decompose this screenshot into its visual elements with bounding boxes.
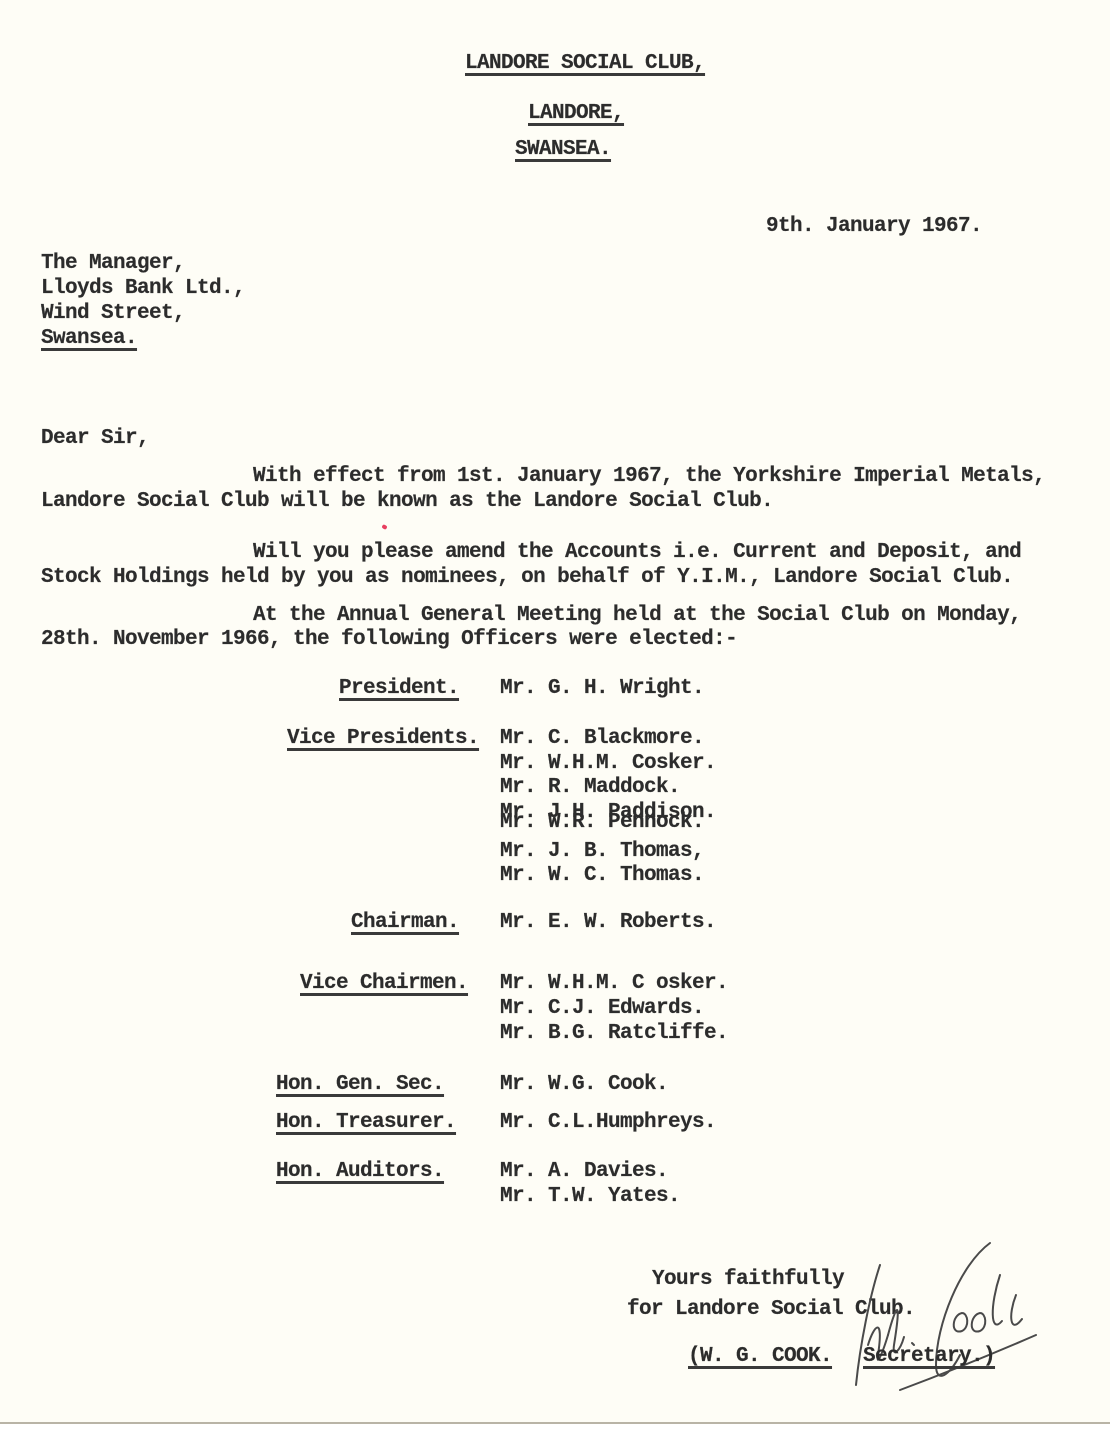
officer-name: Mr. W.G. Cook. — [500, 1073, 668, 1097]
officer-name: Mr. C.L.Humphreys. — [500, 1111, 716, 1135]
signatory-name: (W. G. COOK. — [688, 1345, 832, 1369]
officer-name: Mr. B.G. Ratcliffe. — [500, 1022, 728, 1046]
officer-name: Mr. C.J. Edwards. — [500, 997, 704, 1021]
recipient-line: Swansea. — [41, 327, 137, 351]
letter-date: 9th. January 1967. — [766, 215, 982, 239]
letterhead-town: SWANSEA. — [515, 138, 611, 162]
red-ink-mark — [381, 524, 387, 530]
closing-line: Yours faithfully — [652, 1268, 844, 1292]
letterhead-club-name: LANDORE SOCIAL CLUB, — [465, 52, 705, 76]
officer-name: Mr. J. B. Thomas, — [500, 840, 704, 864]
officer-role-auditors: Hon. Auditors. — [276, 1160, 444, 1184]
officer-name: Mr. C. Blackmore. — [500, 727, 704, 751]
officer-name: Mr. R. Maddock. — [500, 776, 680, 800]
recipient-line: Lloyds Bank Ltd., — [41, 277, 245, 301]
officer-role-treasurer: Hon. Treasurer. — [276, 1111, 456, 1135]
body-paragraph-1-line-2: Landore Social Club will be known as the… — [41, 490, 773, 514]
letterhead-locality: LANDORE, — [528, 102, 624, 126]
officer-name: Mr. W.H.M. C osker. — [500, 972, 728, 996]
officer-role-president: President. — [339, 677, 459, 701]
body-paragraph-2-line-1: Will you please amend the Accounts i.e. … — [253, 541, 1021, 565]
officer-name: Mr. W. C. Thomas. — [500, 864, 704, 888]
officer-name-overtyped: Mr. W.R. Pennock. — [500, 811, 704, 835]
body-paragraph-1-line-1: With effect from 1st. January 1967, the … — [253, 465, 1045, 489]
officer-name: Mr. E. W. Roberts. — [500, 911, 716, 935]
salutation: Dear Sir, — [41, 427, 149, 451]
officer-role-vice-presidents: Vice Presidents. — [287, 727, 479, 751]
officer-name: Mr. T.W. Yates. — [500, 1185, 680, 1209]
recipient-line: Wind Street, — [41, 302, 185, 326]
officer-name: Mr. W.H.M. Cosker. — [500, 752, 716, 776]
officer-role-gen-sec: Hon. Gen. Sec. — [276, 1073, 444, 1097]
letter-page: LANDORE SOCIAL CLUB, LANDORE, SWANSEA. 9… — [0, 0, 1110, 1424]
handwritten-signature — [840, 1235, 1040, 1415]
recipient-line: The Manager, — [41, 252, 185, 276]
officer-name: Mr. A. Davies. — [500, 1160, 668, 1184]
officer-role-chairman: Chairman. — [351, 911, 459, 935]
signatory-title: Secretary.) — [863, 1345, 995, 1369]
body-paragraph-3-line-1: At the Annual General Meeting held at th… — [253, 604, 1021, 628]
body-paragraph-3-line-2: 28th. November 1966, the following Offic… — [41, 628, 737, 652]
body-paragraph-2-line-2: Stock Holdings held by you as nominees, … — [41, 566, 1013, 590]
officer-name: Mr. G. H. Wright. — [500, 677, 704, 701]
officer-role-vice-chairmen: Vice Chairmen. — [300, 972, 468, 996]
